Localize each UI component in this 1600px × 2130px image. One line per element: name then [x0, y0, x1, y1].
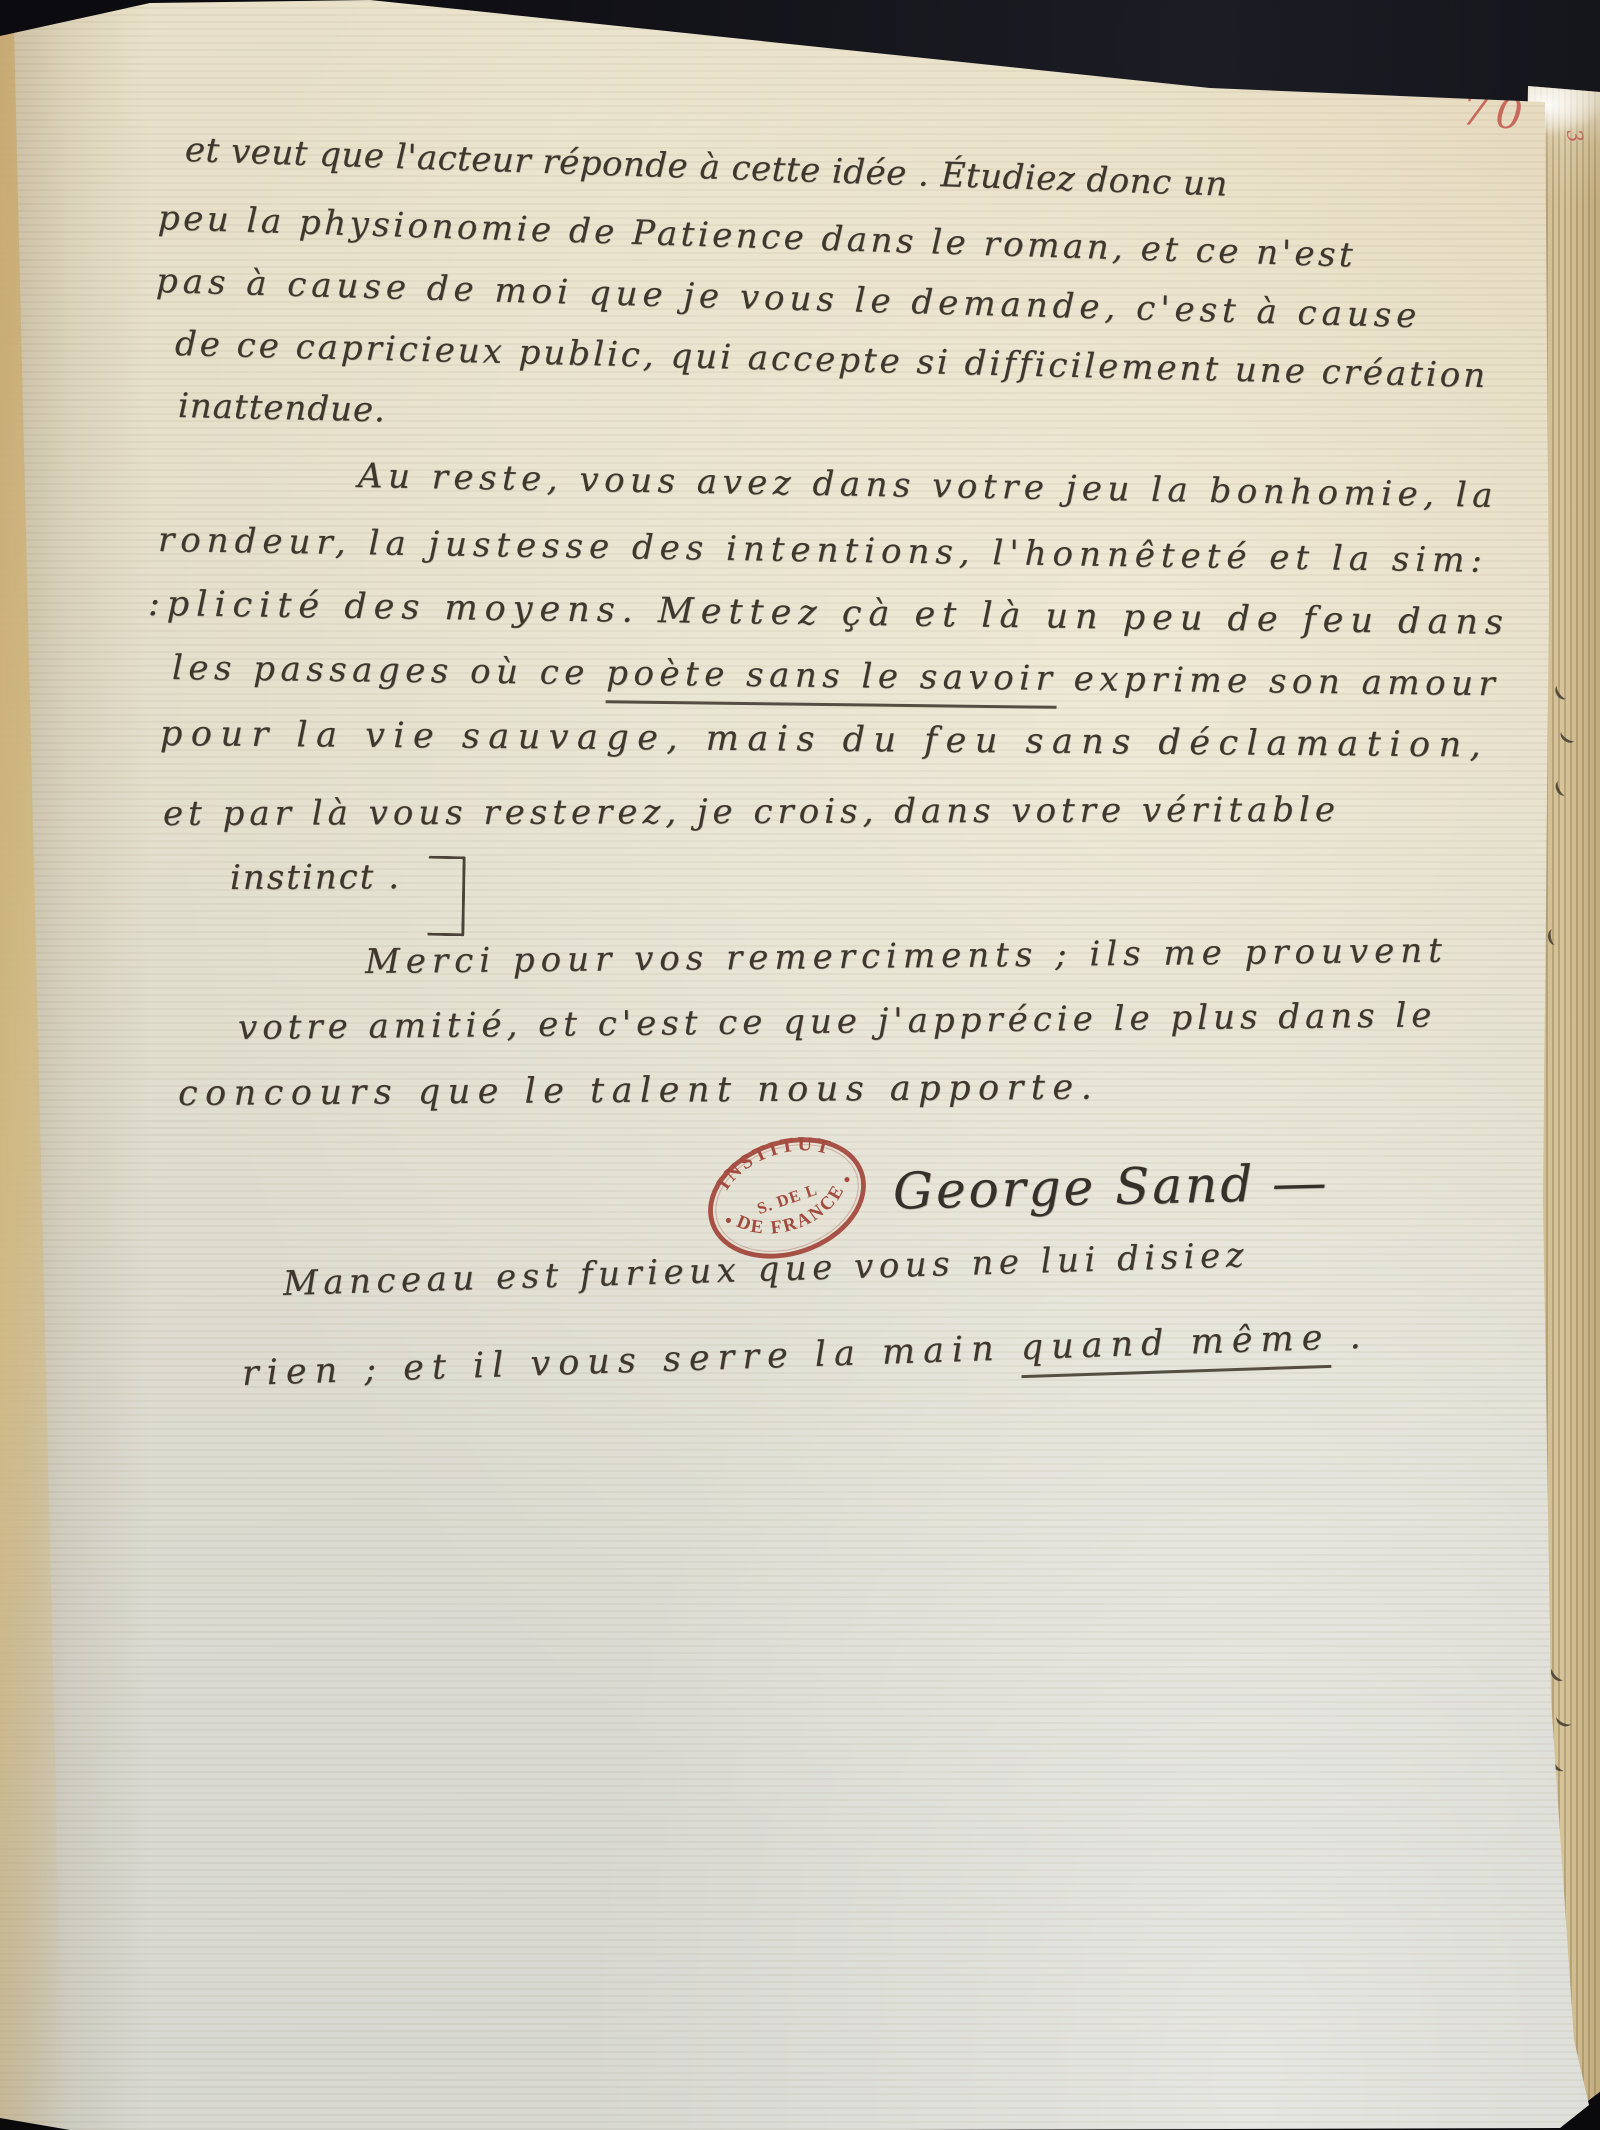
manuscript-line: et veut que l'acteur réponde à cette idé…	[184, 130, 1228, 205]
underlined-phrase: quand même	[1020, 1318, 1331, 1378]
manuscript-line: les passages où ce poète sans le savoir …	[172, 648, 1501, 704]
edge-ink-mark	[1548, 1664, 1568, 1684]
manuscript-line: rondeur, la justesse des intentions, l'h…	[158, 520, 1488, 581]
manuscript-line: inattendue.	[178, 386, 387, 430]
stamp-text-top: INSTITUT	[705, 1119, 840, 1198]
manuscript-line: peu la physionomie de Patience dans le r…	[157, 198, 1356, 276]
manuscript-line: de ce capricieux public, qui accepte si …	[175, 324, 1489, 396]
left-page-edge	[0, 30, 64, 2130]
edge-ink-mark	[1554, 1711, 1574, 1729]
signature-flourish: ―	[1274, 1153, 1325, 1212]
manuscript-line: instinct .	[230, 857, 401, 898]
edge-ink-mark	[1553, 778, 1571, 798]
signature-george-sand: George Sand ―	[892, 1153, 1324, 1220]
line-18-prefix: rien ; et il vous serre la main	[241, 1328, 1021, 1394]
signature-name: George Sand	[892, 1155, 1255, 1221]
folio-number: 70	[1460, 85, 1531, 140]
manuscript-line: concours que le talent nous apporte.	[178, 1068, 1100, 1114]
manuscript-line: et par là vous resterez, je crois, dans …	[163, 790, 1340, 834]
manuscript-line: Au reste, vous avez dans votre jeu la bo…	[358, 456, 1499, 516]
line-9-suffix: exprime son amour	[1057, 659, 1500, 704]
closing-bracket-mark	[427, 856, 465, 937]
edge-ink-mark	[1552, 682, 1571, 702]
manuscript-line: :plicité des moyens. Mettez çà et là un …	[148, 584, 1510, 643]
edge-ink-mark	[1558, 726, 1578, 745]
underlined-phrase: poète sans le savoir	[606, 653, 1058, 709]
manuscript-line: pas à cause de moi que je vous le demand…	[155, 261, 1421, 336]
manuscript-line: votre amitié, et c'est ce que j'apprécie…	[238, 995, 1437, 1048]
line-18-suffix: .	[1330, 1317, 1370, 1358]
photo-background: 3 70 et veut que l'acteur réponde à cett…	[0, 0, 1600, 2130]
manuscript-line: Merci pour vos remerciments ; ils me pro…	[365, 931, 1448, 982]
manuscript-line: pour la vie sauvage, mais du feu sans dé…	[160, 714, 1490, 766]
manuscript-line: rien ; et il vous serre la main quand mê…	[241, 1317, 1369, 1394]
manuscript-page: 70 et veut que l'acteur réponde à cette …	[0, 0, 1600, 2130]
edge-ink-mark	[1547, 928, 1562, 946]
line-9-prefix: les passages où ce	[172, 648, 607, 693]
